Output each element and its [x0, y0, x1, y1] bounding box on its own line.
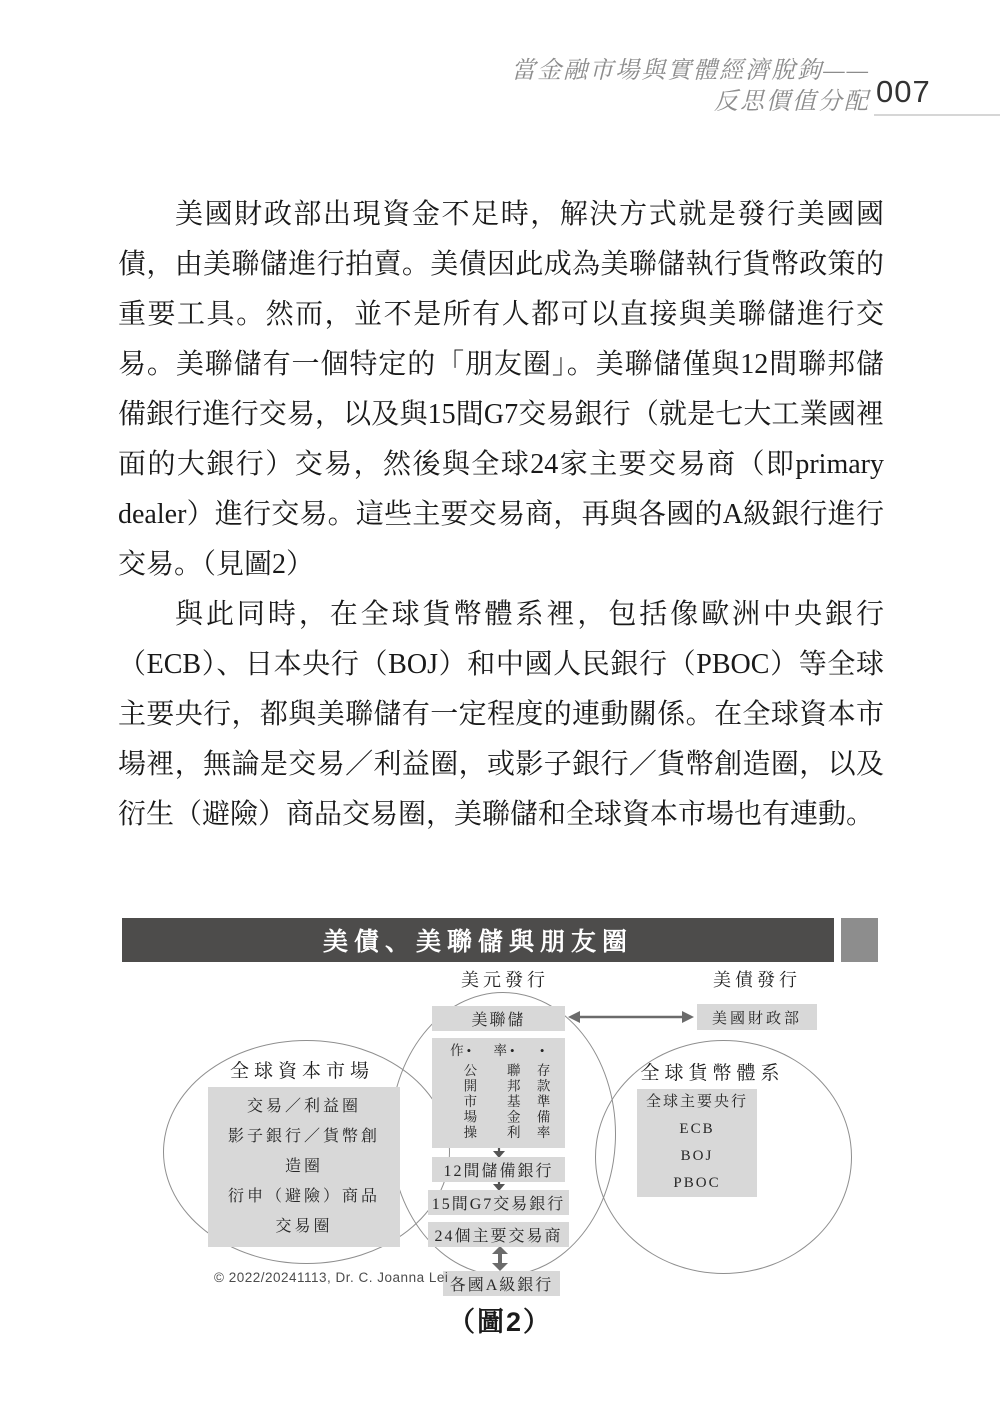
policy-tool-fed-funds-rate: 聯邦基金利率: [492, 1043, 519, 1148]
panel-line: PBOC: [673, 1170, 720, 1197]
paragraph-line: 美國財政部出現資金不足時，解決方式就是發行美國國: [118, 190, 884, 240]
fed-policy-tools-box: 公開市場操作 聯邦基金利率 存款準備率: [432, 1038, 565, 1148]
paragraph-line: （ECB）、日本央行（BOJ）和中國人民銀行（PBOC）等全球: [118, 640, 884, 690]
figure-accent-square: [841, 918, 878, 962]
running-header-line2: 反思價值分配: [511, 87, 870, 118]
monetary-system-panel: 全球主要央行 ECB BOJ PBOC: [637, 1089, 757, 1197]
primary-dealers-box: 24個主要交易商: [428, 1222, 569, 1247]
policy-tool-reserve-ratio: 存款準備率: [535, 1043, 549, 1141]
capital-market-panel: 交易／利益圈 影子銀行／貨幣創 造圈 衍申（避險）商品 交易圈: [208, 1087, 400, 1247]
fed-treasury-double-arrow-icon: [567, 1007, 695, 1027]
paragraph-line: 場裡，無論是交易／利益圈，或影子銀行／貨幣創造圈，以及: [118, 740, 884, 790]
figure-copyright: © 2022/20241113, Dr. C. Joanna Lei: [214, 1270, 448, 1285]
paragraph-line: 面的大銀行）交易，然後與全球24家主要交易商（即primary: [118, 440, 884, 490]
figure-title: 美債、美聯儲與朋友圈: [323, 922, 633, 958]
a-grade-banks-box: 各國A級銀行: [443, 1271, 560, 1296]
g7-banks-box: 15間G7交易銀行: [428, 1190, 569, 1215]
header-rule: [874, 114, 1000, 116]
running-header-line1: 當金融市場與實體經濟脫鉤——: [511, 56, 870, 87]
paragraph-line: 交易。（見圖2）: [118, 540, 884, 590]
panel-line: 造圈: [285, 1152, 323, 1182]
paragraph-line: 重要工具。然而，並不是所有人都可以直接與美聯儲進行交: [118, 290, 884, 340]
paragraph-line: 與此同時，在全球貨幣體系裡，包括像歐洲中央銀行: [118, 590, 884, 640]
paragraph-line: dealer）進行交易。這些主要交易商，再與各國的A級銀行進行: [118, 490, 884, 540]
label-usd-issuance: 美元發行: [420, 966, 590, 992]
panel-line: 全球主要央行: [646, 1089, 748, 1116]
fed-box: 美聯儲: [432, 1006, 565, 1031]
capital-market-title: 全球資本市場: [212, 1056, 392, 1083]
paragraph-line: 債，由美聯儲進行拍賣。美債因此成為美聯儲執行貨幣政策的: [118, 240, 884, 290]
label-bond-issuance: 美債發行: [672, 966, 842, 992]
monetary-system-title: 全球貨幣體系: [620, 1058, 805, 1085]
paragraph-line: 衍生（避險）商品交易圈，美聯儲和全球資本市場也有連動。: [118, 790, 884, 840]
body-text: 美國財政部出現資金不足時，解決方式就是發行美國國 債，由美聯儲進行拍賣。美債因此…: [118, 190, 884, 840]
panel-line: BOJ: [681, 1143, 714, 1170]
treasury-box: 美國財政部: [697, 1004, 817, 1030]
running-header: 當金融市場與實體經濟脫鉤—— 反思價值分配: [511, 56, 870, 118]
page-number: 007: [876, 74, 931, 110]
book-page: 當金融市場與實體經濟脫鉤—— 反思價值分配 007 美國財政部出現資金不足時，解…: [0, 0, 1000, 1404]
paragraph-line: 主要央行，都與美聯儲有一定程度的連動關係。在全球資本市: [118, 690, 884, 740]
paragraph-line: 易。美聯儲有一個特定的「朋友圈」。美聯儲僅與12間聯邦儲: [118, 340, 884, 390]
panel-line: 衍申（避險）商品: [228, 1182, 380, 1212]
figure-caption: （圖2）: [390, 1300, 610, 1339]
paragraph-line: 備銀行進行交易，以及與15間G7交易銀行（就是七大工業國裡: [118, 390, 884, 440]
panel-line: 交易圈: [275, 1212, 332, 1242]
panel-line: 交易／利益圈: [247, 1092, 361, 1122]
reserve-banks-box: 12間儲備銀行: [432, 1157, 565, 1182]
panel-line: ECB: [679, 1116, 714, 1143]
policy-tool-open-market: 公開市場操作: [448, 1043, 475, 1148]
figure-title-bar: 美債、美聯儲與朋友圈: [122, 918, 834, 962]
panel-line: 影子銀行／貨幣創: [228, 1122, 380, 1152]
vertical-double-arrow-icon: [488, 1246, 512, 1271]
